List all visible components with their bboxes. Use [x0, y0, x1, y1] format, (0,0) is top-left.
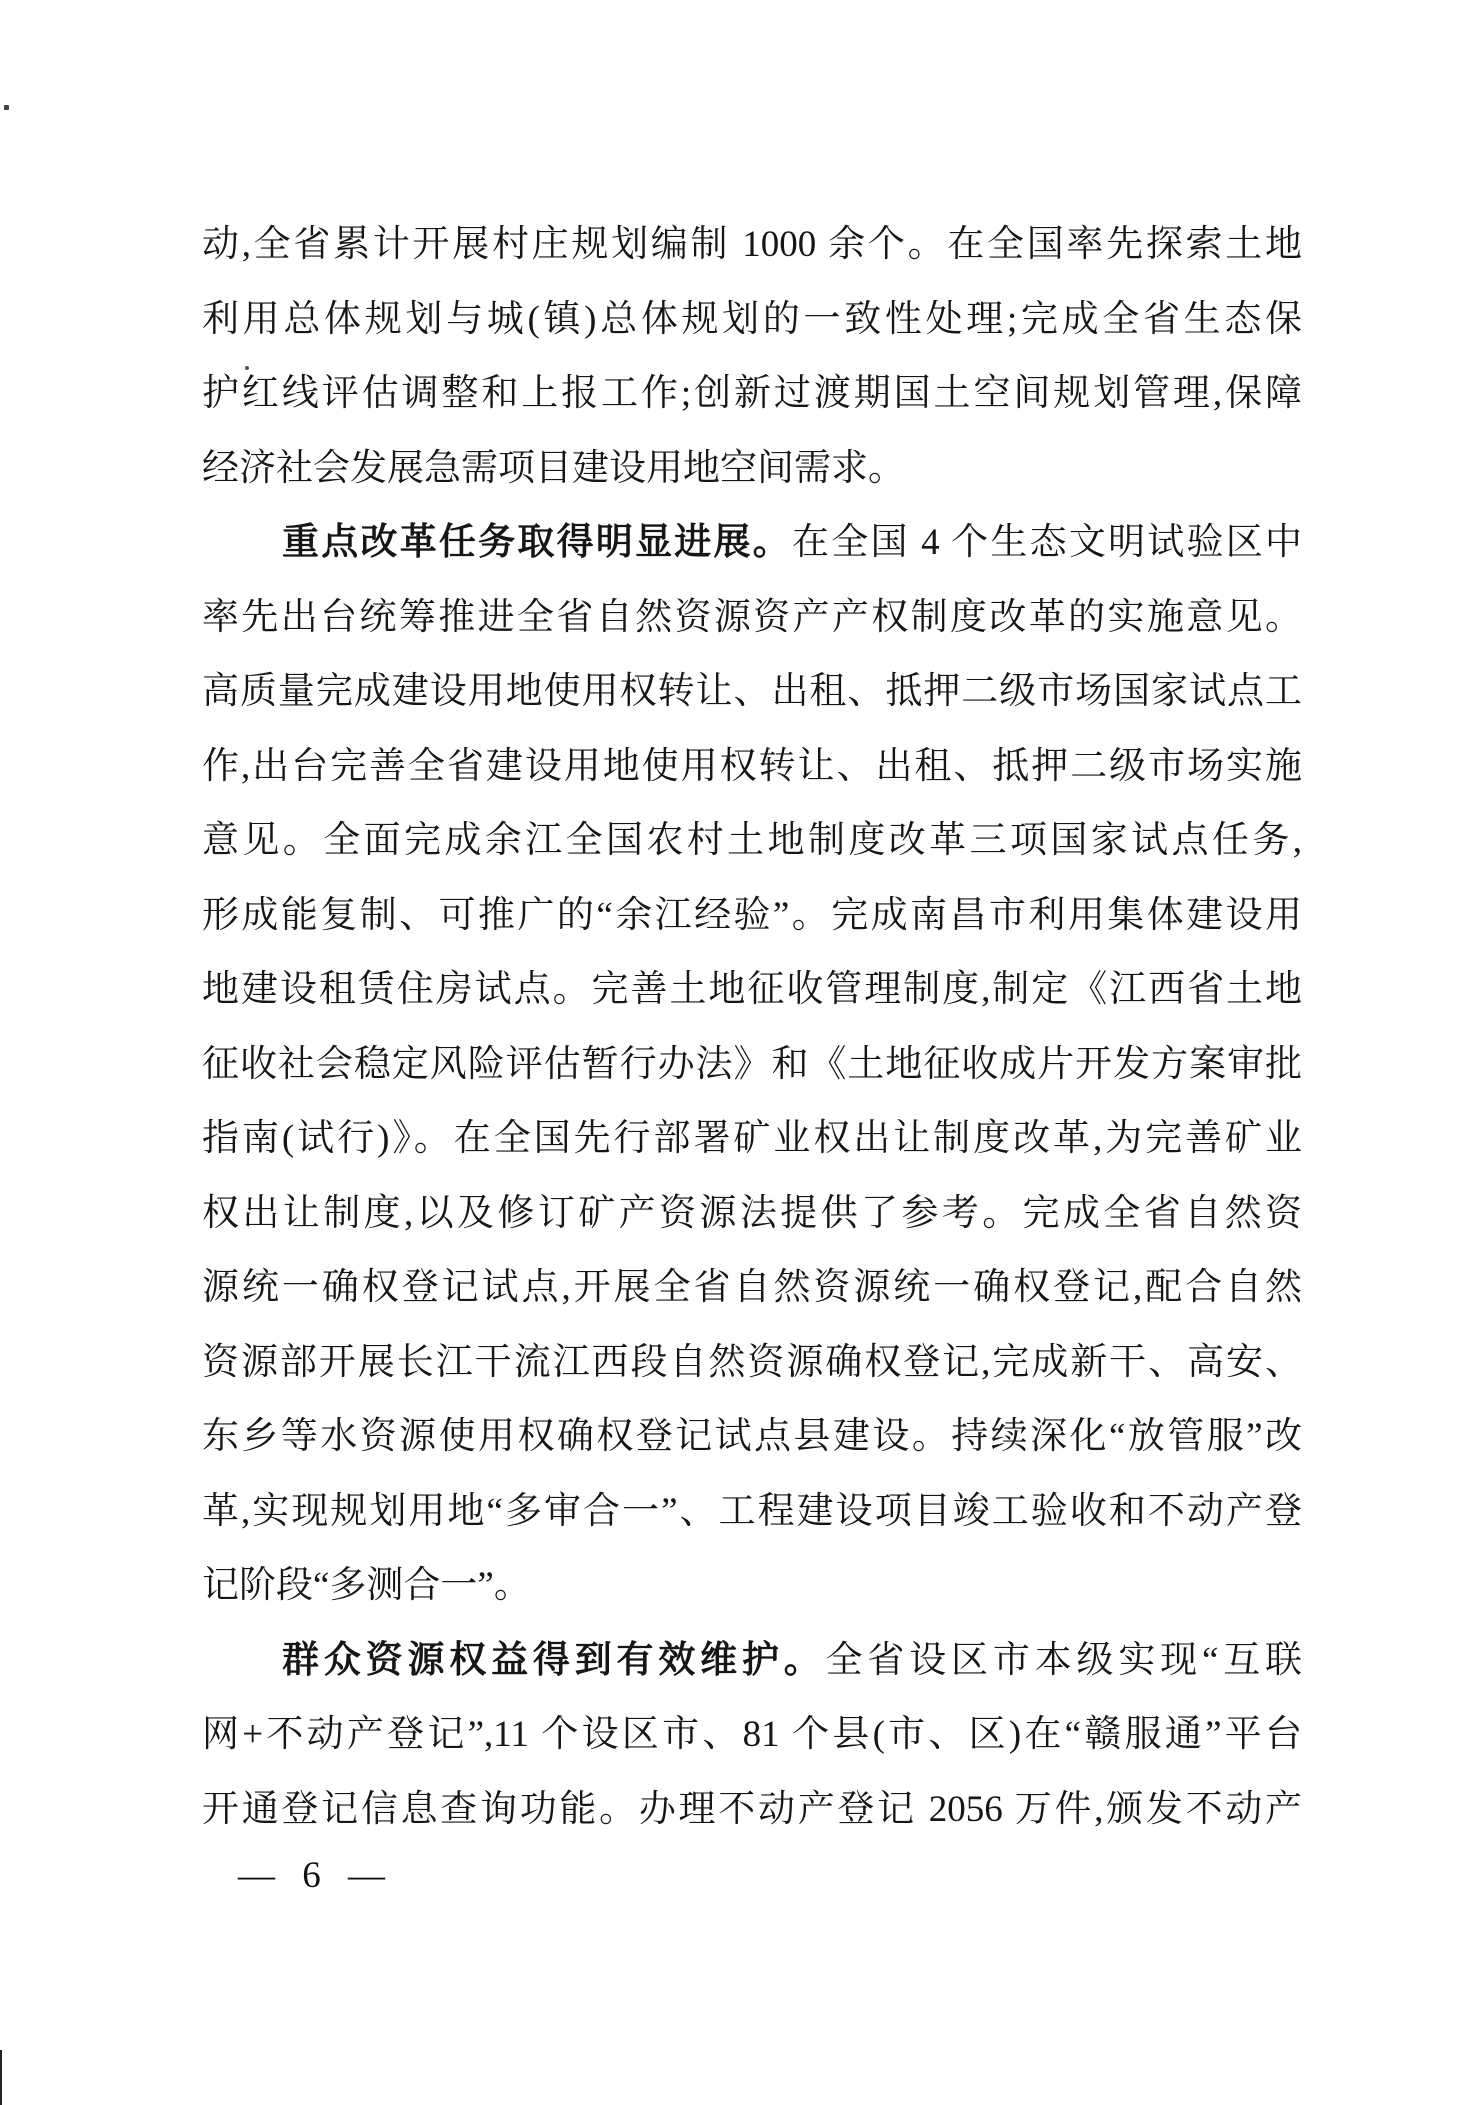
paragraph: 群众资源权益得到有效维护。全省设区市本级实现“互联网+不动产登记”,11 个设区…: [202, 1624, 1302, 1848]
body-text-segment: 在全国 4 个生态文明试验区中: [792, 522, 1302, 563]
text-line: 权出让制度,以及修订矿产资源法提供了参考。完成全省自然资: [202, 1177, 1302, 1252]
page-number-text: — 6 —: [238, 1855, 391, 1896]
text-line: 形成能复制、可推广的“余江经验”。完成南昌市利用集体建设用: [202, 879, 1302, 954]
body-text-segment: 网+不动产登记”,11 个设区市、81 个县(市、区)在“赣服通”平台: [202, 1714, 1302, 1755]
text-line: 征收社会稳定风险评估暂行办法》和《土地征收成片开发方案审批: [202, 1028, 1302, 1103]
paragraph-lead-text: 重点改革任务取得明显进展。: [282, 522, 792, 563]
body-text-segment: 作,出台完善全省建设用地使用权转让、出租、抵押二级市场实施: [202, 746, 1302, 787]
text-line: 地建设租赁住房试点。完善土地征收管理制度,制定《江西省土地: [202, 953, 1302, 1028]
body-text-segment: 源统一确权登记试点,开展全省自然资源统一确权登记,配合自然: [202, 1267, 1302, 1308]
paragraph: 重点改革任务取得明显进展。在全国 4 个生态文明试验区中率先出台统筹推进全省自然…: [202, 506, 1302, 1624]
body-text-segment: 护红线评估调整和上报工作;创新过渡期国土空间规划管理,保障: [202, 373, 1302, 414]
text-line: 群众资源权益得到有效维护。全省设区市本级实现“互联: [202, 1624, 1302, 1699]
body-text-segment: 资源部开展长江干流江西段自然资源确权登记,完成新干、高安、: [202, 1342, 1302, 1383]
text-line: 意见。全面完成余江全国农村土地制度改革三项国家试点任务,: [202, 804, 1302, 879]
text-line: 网+不动产登记”,11 个设区市、81 个县(市、区)在“赣服通”平台: [202, 1698, 1302, 1773]
body-text-segment: 征收社会稳定风险评估暂行办法》和《土地征收成片开发方案审批: [202, 1044, 1302, 1085]
document-page: 动,全省累计开展村庄规划编制 1000 余个。在全国率先探索土地利用总体规划与城…: [0, 0, 1484, 2105]
body-text-segment: 利用总体规划与城(镇)总体规划的一致性处理;完成全省生态保: [202, 299, 1302, 340]
body-text-segment: 权出让制度,以及修订矿产资源法提供了参考。完成全省自然资: [202, 1193, 1302, 1234]
text-line: 资源部开展长江干流江西段自然资源确权登记,完成新干、高安、: [202, 1326, 1302, 1401]
paragraph: 动,全省累计开展村庄规划编制 1000 余个。在全国率先探索土地利用总体规划与城…: [202, 208, 1302, 506]
body-text-segment: 东乡等水资源使用权确权登记试点县建设。持续深化“放管服”改: [202, 1416, 1302, 1457]
text-line: 利用总体规划与城(镇)总体规划的一致性处理;完成全省生态保: [202, 283, 1302, 358]
text-line: 指南(试行)》。在全国先行部署矿业权出让制度改革,为完善矿业: [202, 1102, 1302, 1177]
body-text-segment: 高质量完成建设用地使用权转让、出租、抵押二级市场国家试点工: [202, 671, 1302, 712]
body-text-segment: 动,全省累计开展村庄规划编制 1000 余个。在全国率先探索土地: [202, 224, 1302, 265]
body-text-segment: 开通登记信息查询功能。办理不动产登记 2056 万件,颁发不动产: [202, 1789, 1302, 1830]
body-text-segment: 革,实现规划用地“多审合一”、工程建设项目竣工验收和不动产登: [202, 1491, 1302, 1532]
body-text-segment: 率先出台统筹推进全省自然资源资产产权制度改革的实施意见。: [202, 597, 1302, 638]
text-line: 记阶段“多测合一”。: [202, 1549, 1302, 1624]
text-line: 高质量完成建设用地使用权转让、出租、抵押二级市场国家试点工: [202, 655, 1302, 730]
page-number: — 6 —: [238, 1856, 391, 1896]
body-text-segment: 地建设租赁住房试点。完善土地征收管理制度,制定《江西省土地: [202, 969, 1302, 1010]
body-text-segment: 形成能复制、可推广的“余江经验”。完成南昌市利用集体建设用: [202, 895, 1302, 936]
text-line: 源统一确权登记试点,开展全省自然资源统一确权登记,配合自然: [202, 1251, 1302, 1326]
text-line: 重点改革任务取得明显进展。在全国 4 个生态文明试验区中: [202, 506, 1302, 581]
body-text-segment: 经济社会发展急需项目建设用地空间需求。: [202, 448, 905, 489]
text-line: 作,出台完善全省建设用地使用权转让、出租、抵押二级市场实施: [202, 730, 1302, 805]
text-line: 东乡等水资源使用权确权登记试点县建设。持续深化“放管服”改: [202, 1400, 1302, 1475]
scan-edge-artifact: [0, 2050, 2, 2105]
scan-artifact-dot: [4, 105, 9, 110]
text-line: 率先出台统筹推进全省自然资源资产产权制度改革的实施意见。: [202, 581, 1302, 656]
body-text: 动,全省累计开展村庄规划编制 1000 余个。在全国率先探索土地利用总体规划与城…: [202, 208, 1302, 1847]
paragraph-lead-text: 群众资源权益得到有效维护。: [282, 1640, 826, 1681]
body-text-segment: 全省设区市本级实现“互联: [826, 1640, 1302, 1681]
text-line: 革,实现规划用地“多审合一”、工程建设项目竣工验收和不动产登: [202, 1475, 1302, 1550]
body-text-segment: 记阶段“多测合一”。: [202, 1565, 531, 1606]
text-line: 经济社会发展急需项目建设用地空间需求。: [202, 432, 1302, 507]
text-line: 护红线评估调整和上报工作;创新过渡期国土空间规划管理,保障: [202, 357, 1302, 432]
text-line: 动,全省累计开展村庄规划编制 1000 余个。在全国率先探索土地: [202, 208, 1302, 283]
body-text-segment: 指南(试行)》。在全国先行部署矿业权出让制度改革,为完善矿业: [202, 1118, 1302, 1159]
text-line: 开通登记信息查询功能。办理不动产登记 2056 万件,颁发不动产: [202, 1773, 1302, 1848]
body-text-segment: 意见。全面完成余江全国农村土地制度改革三项国家试点任务,: [202, 820, 1302, 861]
